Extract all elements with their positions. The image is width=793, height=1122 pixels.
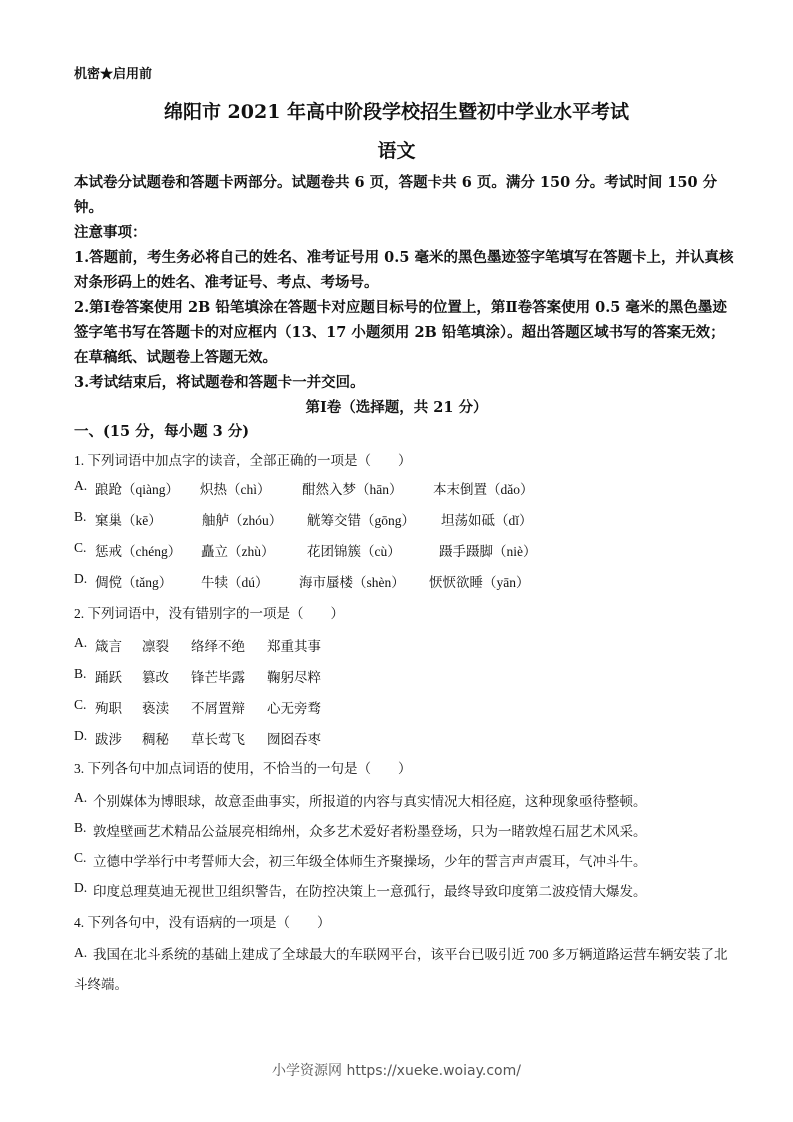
q1-a-item-2: 炽热（chì） xyxy=(200,478,271,498)
exam-title: 绵阳市 2021 年高中阶段学校招生暨初中学业水平考试 xyxy=(0,97,793,124)
q4-option-a-text: 我国在北斗系统的基础上建成了全球最大的车联网平台，该平台已吸引近 700 多万辆… xyxy=(74,940,734,1000)
q1-b-item-1: 窠巢（kē） xyxy=(95,509,162,529)
q2-option-d-label: D. xyxy=(74,728,87,744)
q2-b-item-1: 踊跃 xyxy=(95,666,122,686)
section-heading: 一、(15 分，每小题 3 分) xyxy=(74,420,249,441)
q3-option-c-text: 立德中学举行中考誓师大会，初三年级全体师生齐聚操场，少年的誓言声声震耳，气冲斗牛… xyxy=(93,850,647,870)
q1-d-item-4: 恹恹欲睡（yān） xyxy=(429,571,530,591)
q2-c-item-3: 不屑置辩 xyxy=(191,697,245,717)
q2-a-item-2: 凛裂 xyxy=(142,635,169,655)
q1-d-item-3: 海市蜃楼（shèn） xyxy=(299,571,405,591)
q2-a-item-3: 络绎不绝 xyxy=(191,635,245,655)
question-3-stem: 3. 下列各句中加点词语的使用，不恰当的一句是（ ） xyxy=(74,757,412,777)
question-4-stem: 4. 下列各句中，没有语病的一项是（ ） xyxy=(74,911,331,931)
q1-b-item-2: 舳舻（zhóu） xyxy=(202,509,282,529)
q1-a-item-4: 本末倒置（dǎo） xyxy=(433,478,534,498)
q2-d-item-2: 稠秘 xyxy=(142,728,169,748)
q3-option-a-label: A. xyxy=(74,790,87,806)
q3-option-d-label: D. xyxy=(74,880,87,896)
q2-c-item-2: 亵渎 xyxy=(142,697,169,717)
q3-option-b-text: 敦煌壁画艺术精品公益展亮相绵州，众多艺术爱好者粉墨登场，只为一睹敦煌石屈艺术风采… xyxy=(93,820,647,840)
q2-b-item-2: 篡改 xyxy=(142,666,169,686)
q1-c-item-4: 蹑手蹑脚（niè） xyxy=(439,540,537,560)
exam-page: 机密★启用前 绵阳市 2021 年高中阶段学校招生暨初中学业水平考试 语文 本试… xyxy=(0,0,793,1122)
q2-option-a-label: A. xyxy=(74,635,87,651)
q1-d-item-1: 倜傥（tǎng） xyxy=(95,571,172,591)
q2-option-b-label: B. xyxy=(74,666,86,682)
note-2: 2.第Ⅰ卷答案使用 2B 铅笔填涂在答题卡对应题目标号的位置上，第Ⅱ卷答案使用 … xyxy=(74,295,734,370)
q1-option-d-label: D. xyxy=(74,571,87,587)
q1-option-a-label: A. xyxy=(74,478,87,494)
q1-option-c-label: C. xyxy=(74,540,86,556)
q2-option-c-label: C. xyxy=(74,697,86,713)
note-1: 1.答题前，考生务必将自己的姓名、准考证号用 0.5 毫米的黑色墨迹签字笔填写在… xyxy=(74,245,734,295)
q1-d-item-2: 牛犊（dú） xyxy=(201,571,269,591)
q2-d-item-3: 草长莺飞 xyxy=(191,728,245,748)
q1-c-item-2: 矗立（zhù） xyxy=(201,540,275,560)
part1-title: 第Ⅰ卷（选择题，共 21 分） xyxy=(0,396,793,417)
watermark-footer: 小学资源网 https://xueke.woiay.com/ xyxy=(0,1060,793,1080)
subject-title: 语文 xyxy=(0,136,793,163)
q1-c-item-1: 惩戒（chéng） xyxy=(95,540,181,560)
q3-option-a-text: 个别媒体为博眼球，故意歪曲事实，所报道的内容与真实情况大相径庭，这种现象亟待整顿… xyxy=(93,790,647,810)
q2-d-item-4: 囫囵吞枣 xyxy=(267,728,321,748)
q2-b-item-4: 鞠躬尽粹 xyxy=(267,666,321,686)
q2-a-item-4: 郑重其事 xyxy=(267,635,321,655)
q1-b-item-3: 觥筹交错（gōng） xyxy=(307,509,415,529)
intro-paragraph: 本试卷分试题卷和答题卡两部分。试题卷共 6 页，答题卡共 6 页。满分 150 … xyxy=(74,170,734,220)
q3-option-b-label: B. xyxy=(74,820,86,836)
notes-title: 注意事项： xyxy=(74,220,734,245)
q3-option-d-text: 印度总理莫迪无视世卫组织警告，在防控决策上一意孤行，最终导致印度第二波疫情大爆发… xyxy=(93,880,647,900)
q1-a-item-1: 踉跄（qiàng） xyxy=(95,478,179,498)
confidential-label: 机密★启用前 xyxy=(74,63,152,82)
q2-c-item-4: 心无旁骛 xyxy=(267,697,321,717)
q2-b-item-3: 锋芒毕露 xyxy=(191,666,245,686)
q2-c-item-1: 殉职 xyxy=(95,697,122,717)
question-2-stem: 2. 下列词语中，没有错别字的一项是（ ） xyxy=(74,602,344,622)
q2-a-item-1: 箴言 xyxy=(95,635,122,655)
question-1-stem: 1. 下列词语中加点字的读音，全部正确的一项是（ ） xyxy=(74,449,412,469)
q1-a-item-3: 酣然入梦（hān） xyxy=(302,478,403,498)
q1-b-item-4: 坦荡如砥（dǐ） xyxy=(441,509,533,529)
q3-option-c-label: C. xyxy=(74,850,86,866)
note-3: 3.考试结束后，将试题卷和答题卡一并交回。 xyxy=(74,370,734,395)
q1-option-b-label: B. xyxy=(74,509,86,525)
q1-c-item-3: 花团锦簇（cù） xyxy=(307,540,401,560)
q2-d-item-1: 跋涉 xyxy=(95,728,122,748)
